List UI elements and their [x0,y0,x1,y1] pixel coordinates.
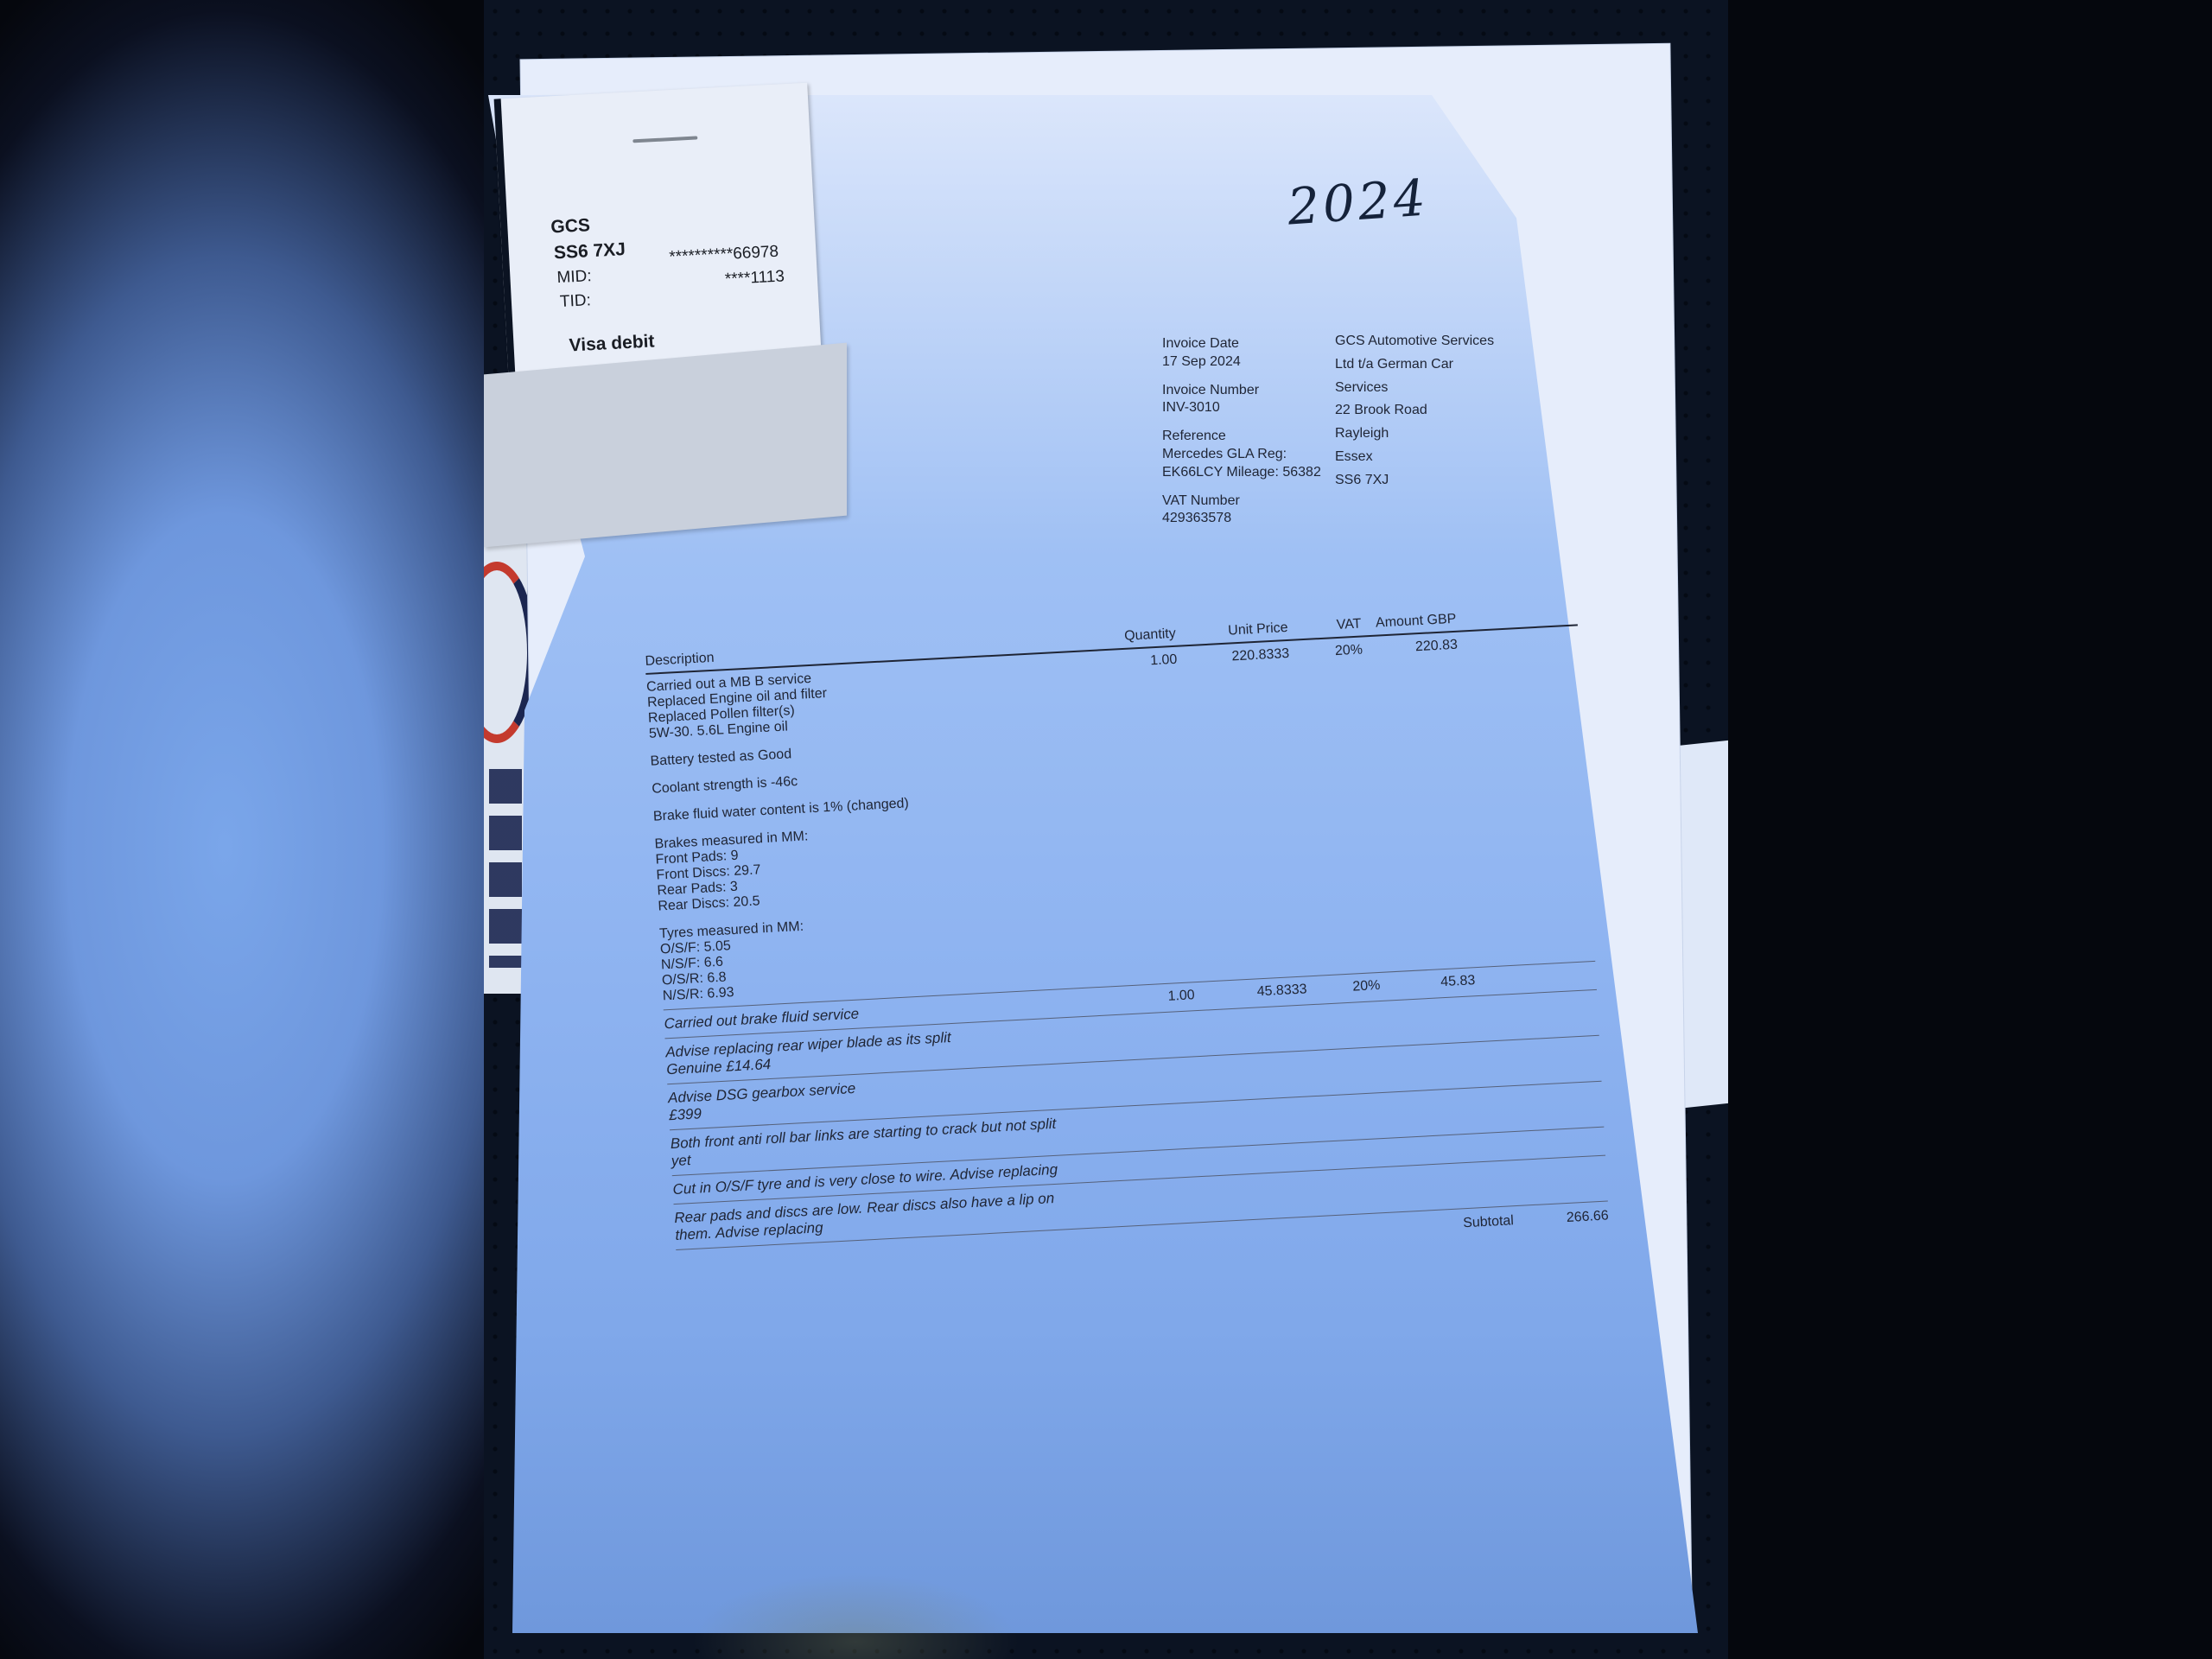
receipt-tid-label: TID: [559,291,591,312]
receipt-merchant: GCS [550,215,591,238]
address-line: Ltd t/a German Car [1335,356,1494,374]
auto-sign-background [484,484,527,994]
item-quantity: 1.00 [1112,988,1195,1009]
header-unit-price: Unit Price [1175,620,1288,642]
invoice-line-items: Description Quantity Unit Price VAT Amou… [644,586,1609,1273]
header-amount: Amount GBP [1361,612,1457,632]
invoice-meta: Invoice Date 17 Sep 2024 Invoice Number … [1162,335,1321,538]
receipt-card-type: Visa debit [569,331,655,356]
receipt-mid-label: MID: [556,267,592,288]
invoice-photo: GCS SS6 7XJ MID: **********66978 TID: **… [484,0,1728,1659]
vat-number-value: 429363578 [1162,510,1321,528]
water-stain [691,1573,1020,1659]
receipt-postcode: SS6 7XJ [553,239,626,264]
invoice-number-label: Invoice Number [1162,382,1321,400]
address-line: Services [1335,379,1494,397]
invoice-number-value: INV-3010 [1162,399,1321,417]
receipt-folded-flap [484,343,847,548]
table-row: Carried out a MB B serviceReplaced Engin… [645,626,1595,1010]
address-line: SS6 7XJ [1335,472,1494,490]
address-line: Rayleigh [1335,425,1494,443]
address-line: Essex [1335,448,1494,467]
receipt-mid-value: **********66978 [669,243,779,268]
reference-value-line1: Mercedes GLA Reg: [1162,446,1321,464]
item-amount: 220.83 [1363,638,1475,967]
item-description: Carried out a MB B serviceReplaced Engin… [646,657,1112,1005]
item-unit-price: 45.8333 [1194,982,1307,1005]
reference-label: Reference [1162,428,1321,446]
vat-number-label: VAT Number [1162,493,1321,511]
item-unit-price: 220.8333 [1177,646,1306,976]
handwritten-year: 2024 [1286,168,1431,236]
sign-letters [489,769,522,968]
header-quantity: Quantity [1093,626,1176,646]
company-address: GCS Automotive Services Ltd t/a German C… [1335,333,1494,495]
line-items: Carried out a MB B serviceReplaced Engin… [645,626,1597,1039]
item-vat: 20% [1306,978,1381,999]
item-amount: 45.83 [1380,973,1476,995]
address-line: GCS Automotive Services [1335,333,1494,351]
reference-value-line2: EK66LCY Mileage: 56382 [1162,464,1321,482]
card-receipt: GCS SS6 7XJ MID: **********66978 TID: **… [494,83,823,385]
address-line: 22 Brook Road [1335,402,1494,420]
staple [632,136,697,143]
header-vat: VAT [1287,617,1362,636]
invoice-date-value: 17 Sep 2024 [1162,353,1321,372]
invoice-date-label: Invoice Date [1162,335,1321,353]
receipt-tid-value: ****1113 [724,267,785,289]
